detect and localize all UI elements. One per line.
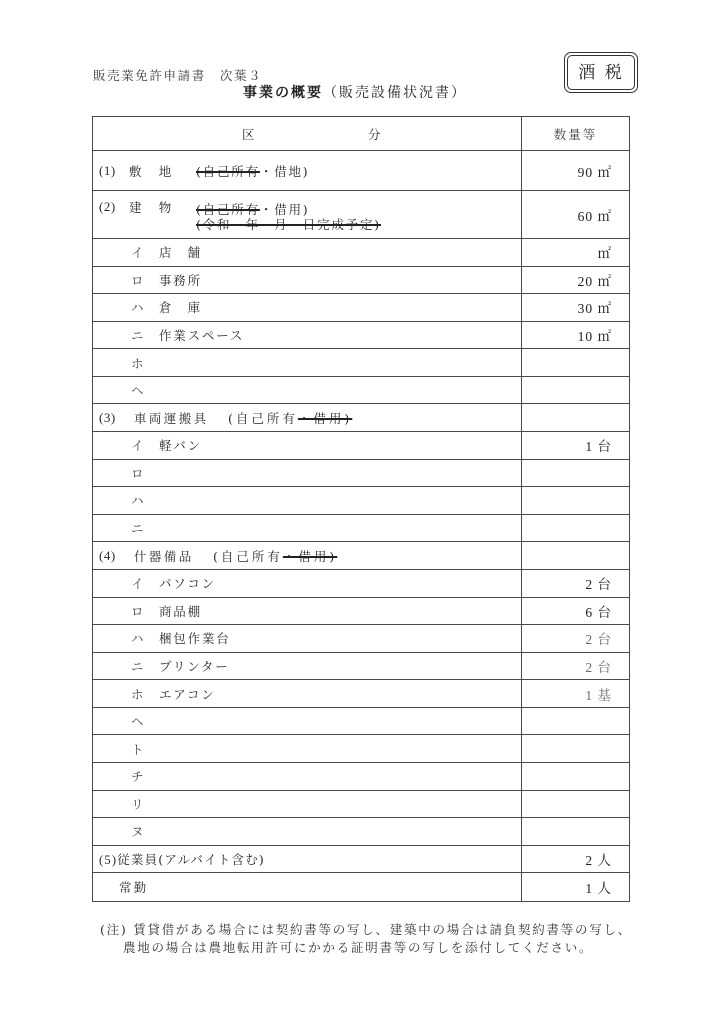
item-label: エアコン [159,685,216,703]
section-label: 従業員(アルバイト含む) [117,852,265,867]
ownership-status: (自己所有・借地) [196,162,309,180]
ownership-struck: ・借用) [283,549,337,564]
item-letter: ト [131,740,145,758]
item-label: 軽バン [159,436,202,454]
ownership-struck: ・借用) [298,411,352,426]
quantity-cell [522,818,629,845]
item-label: 商品棚 [159,602,202,620]
section-number: (2) [99,199,116,215]
quantity-cell [522,708,629,735]
table-row: イ店 舗㎡ [93,239,629,267]
item-letter: イ [131,574,145,592]
table-row: ニプリンター2 台 [93,653,629,681]
table-row: ロ商品棚6 台 [93,598,629,626]
item-letter: ニ [131,657,145,675]
table-row: ヌ [93,818,629,846]
table-row-fulltime: 常勤 1 人 [93,873,629,901]
item-letter: ハ [131,298,145,316]
item-letter: ホ [131,354,145,372]
item-letter: イ [131,243,145,261]
category-header-right: 分 [368,125,382,143]
quantity-cell: 20 ㎡ [522,267,629,294]
quantity-cell: 2 台 [522,653,629,680]
item-letter: ハ [131,629,145,647]
fulltime-label: 常勤 [119,878,148,896]
table-row: ヘ [93,708,629,736]
ownership-struck: (自己所有 [196,164,260,179]
quantity-cell: 1 人 [522,873,629,901]
item-label: 倉 庫 [159,298,202,316]
quantity-cell: 30 ㎡ [522,294,629,321]
item-letter: ロ [131,271,145,289]
table-row: ホエアコン1 基 [93,680,629,708]
ownership-selected: (自己所有 [228,411,298,426]
quantity-cell [522,487,629,514]
table-row: ロ事務所20 ㎡ [93,267,629,295]
equipment-table: 区 分 数量等 (1) 敷 地 (自己所有・借地) 90 ㎡ (2) 建 物 (… [92,116,630,902]
quantity-cell [522,349,629,376]
page-title-main: 事業の概要 [243,85,323,101]
item-letter: ホ [131,685,145,703]
footnote-line-2: 農地の場合は農地転用許可にかかる証明書等の写しを添付してください。 [123,938,593,956]
quantity-cell: 6 台 [522,598,629,625]
page-title-sub: （販売設備状況書） [323,85,467,101]
item-label: 事務所 [159,271,202,289]
quantity-cell [522,735,629,762]
ownership-status: (自己所有・借用) [213,547,337,565]
quantity-cell [522,515,629,542]
item-label: 店 舗 [159,243,202,261]
table-row: リ [93,791,629,819]
table-row: ホ [93,349,629,377]
quantity-cell [522,460,629,487]
table-row: ロ [93,460,629,488]
table-row: ニ [93,515,629,543]
table-row: ハ倉 庫30 ㎡ [93,294,629,322]
tax-category-badge: 酒 税 [564,52,638,93]
tax-category-label: 酒 税 [567,55,635,90]
table-row: イパソコン2 台 [93,570,629,598]
category-header-cell: 区 分 [93,117,522,150]
item-letter: ロ [131,464,145,482]
quantity-cell: 2 台 [522,570,629,597]
quantity-cell [522,763,629,790]
table-header-row: 区 分 数量等 [93,117,629,151]
item-letter: ニ [131,519,145,537]
table-row-employees: (5)従業員(アルバイト含む) 2 人 [93,846,629,874]
item-letter: ニ [131,326,145,344]
quantity-cell: 2 台 [522,625,629,652]
table-row-building: (2) 建 物 (自己所有・借用) (令和 年 月 日完成予定) 60 ㎡ [93,191,629,239]
quantity-cell: 1 台 [522,432,629,459]
section-number: (5) [99,853,117,867]
item-label: 梱包作業台 [159,629,231,647]
section-number: (3) [99,410,116,426]
ownership-selected: (自己所有 [213,549,283,564]
table-row: ヘ [93,377,629,405]
form-name: 販売業免許申請書 次葉３ [93,66,262,84]
employees-label: (5)従業員(アルバイト含む) [99,850,265,868]
ownership-selected: ・借地) [260,164,310,179]
quantity-cell: 60 ㎡ [522,191,629,238]
quantity-cell [522,404,629,431]
quantity-cell [522,791,629,818]
item-letter: チ [131,767,145,785]
table-row: ハ [93,487,629,515]
table-row: チ [93,763,629,791]
table-row-fixtures: (4) 什器備品 (自己所有・借用) [93,542,629,570]
item-letter: リ [131,795,145,813]
table-row-vehicles: (3) 車両運搬具 (自己所有・借用) [93,404,629,432]
item-label: パソコン [159,574,216,592]
section-label: 敷 地 [129,162,174,180]
footnote-line-1: (注) 賃貸借がある場合には契約書等の写し、建築中の場合は請負契約書等の写し、 [100,920,632,938]
quantity-cell [522,542,629,569]
table-row: ハ梱包作業台2 台 [93,625,629,653]
item-letter: ハ [131,491,145,509]
item-letter: イ [131,436,145,454]
item-letter: ヌ [131,822,145,840]
table-row: イ軽バン1 台 [93,432,629,460]
item-letter: ヘ [131,712,145,730]
quantity-cell: 10 ㎡ [522,322,629,349]
completion-date-struck: (令和 年 月 日完成予定) [196,215,381,233]
section-label: 車両運搬具 [134,409,209,427]
quantity-cell [522,377,629,404]
table-row-land: (1) 敷 地 (自己所有・借地) 90 ㎡ [93,151,629,191]
quantity-header-cell: 数量等 [522,117,629,150]
quantity-cell: 1 基 [522,680,629,707]
page-title: 事業の概要（販売設備状況書） [243,82,467,102]
section-number: (1) [99,163,116,179]
section-label: 建 物 [129,198,174,216]
item-label: プリンター [159,657,230,675]
table-row: ニ作業スペース10 ㎡ [93,322,629,350]
quantity-cell: 2 人 [522,846,629,873]
table-row: ト [93,735,629,763]
category-header-left: 区 [242,125,256,143]
section-label: 什器備品 [134,547,194,565]
quantity-cell: ㎡ [522,239,629,266]
item-label: 作業スペース [159,326,244,344]
quantity-cell: 90 ㎡ [522,151,629,190]
section-number: (4) [99,548,116,564]
item-letter: ロ [131,602,145,620]
item-letter: ヘ [131,381,145,399]
ownership-status: (自己所有・借用) [228,409,352,427]
